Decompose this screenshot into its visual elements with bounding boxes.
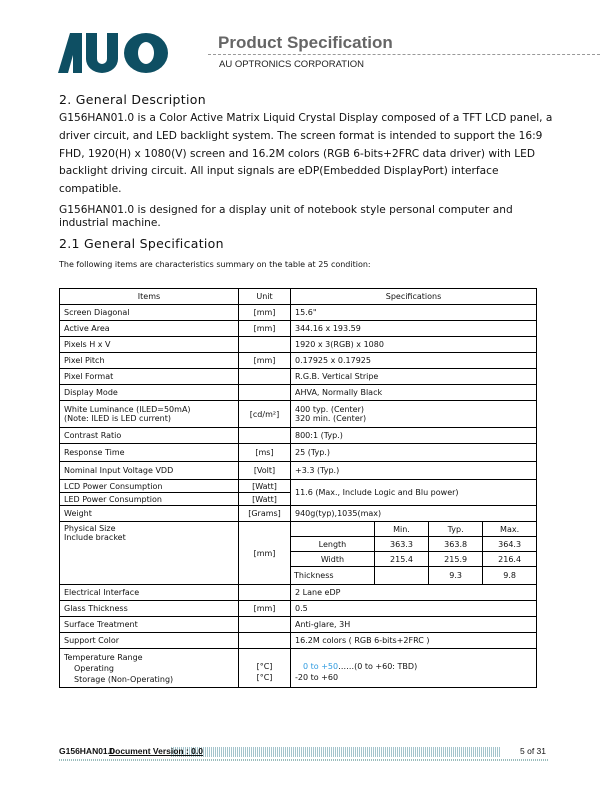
table-row: Pixel Pitch[mm]0.17925 x 0.17925 — [60, 353, 537, 369]
table-row: Pixels H x V1920 x 3(RGB) x 1080 — [60, 337, 537, 353]
table-row: Response Time[ms]25 (Typ.) — [60, 444, 537, 462]
table-row: Electrical Interface2 Lane eDP — [60, 585, 537, 601]
auo-logo — [58, 33, 170, 73]
header-corporation: AU OPTRONICS CORPORATION — [219, 59, 364, 70]
table-header: Items Unit Specifications — [60, 289, 537, 305]
table-row: Screen Diagonal[mm]15.6" — [60, 305, 537, 321]
description-paragraph: G156HAN01.0 is a Color Active Matrix Liq… — [59, 110, 559, 199]
footer-dot-rule — [59, 759, 549, 761]
table-row: Support Color16.2M colors ( RGB 6-bits+2… — [60, 633, 537, 649]
table-row-temperature: Temperature Range Operating Storage (Non… — [60, 649, 537, 688]
footer-version: Document Version : 0.0 — [109, 746, 203, 756]
table-row: Surface TreatmentAnti-glare, 3H — [60, 617, 537, 633]
table-row-physical: Physical SizeInclude bracket [mm] Min.Ty… — [60, 522, 537, 585]
header-title: Product Specification — [218, 33, 393, 53]
subsection-heading: 2.1 General Specification — [59, 236, 224, 251]
table-row: Glass Thickness[mm]0.5 — [60, 601, 537, 617]
table-row: Active Area[mm]344.16 x 193.59 — [60, 321, 537, 337]
section-heading: 2. General Description — [59, 92, 206, 107]
header-divider — [208, 54, 600, 55]
spec-table: Items Unit Specifications Screen Diagona… — [59, 288, 537, 688]
condition-note: The following items are characteristics … — [59, 260, 371, 269]
table-row-luminance: White Luminance (ILED=50mA)(Note: ILED i… — [60, 401, 537, 428]
page-number: 5 of 31 — [520, 746, 546, 756]
table-row: Display ModeAHVA, Normally Black — [60, 385, 537, 401]
footer-dot-pattern — [171, 747, 501, 757]
operating-temp-highlight: 0 to +50 — [295, 662, 338, 671]
table-row-power: LCD Power Consumption [Watt] 11.6 (Max.,… — [60, 480, 537, 493]
table-row: Contrast Ratio800:1 (Typ.) — [60, 428, 537, 444]
usage-paragraph: G156HAN01.0 is designed for a display un… — [59, 204, 559, 230]
table-row: Pixel FormatR.G.B. Vertical Stripe — [60, 369, 537, 385]
table-row: Weight[Grams]940g(typ),1035(max) — [60, 506, 537, 522]
table-row: Nominal Input Voltage VDD[Volt]+3.3 (Typ… — [60, 462, 537, 480]
footer-doc-id: G156HAN01.0 — [59, 746, 115, 756]
physical-size-table: Min.Typ.Max. Length363.3363.8364.3 Width… — [291, 522, 536, 584]
